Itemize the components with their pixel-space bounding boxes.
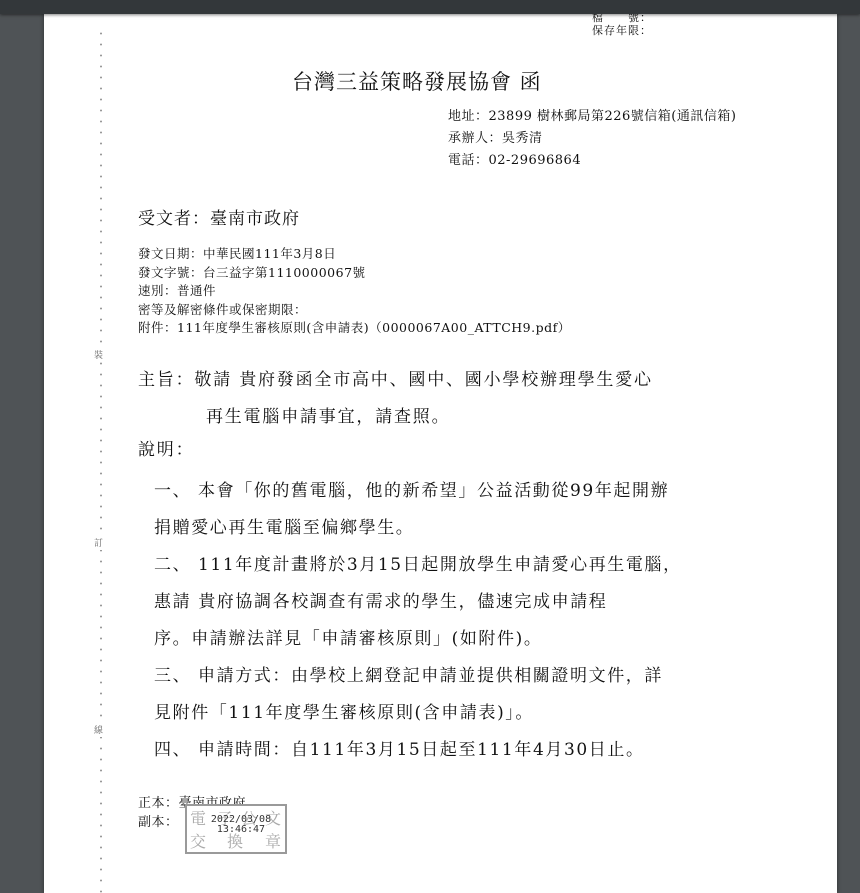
- item-text: 序。申請辦法詳見「申請審核原則」(如附件)。: [154, 621, 682, 658]
- binding-label-ding: 訂: [94, 539, 103, 550]
- explanation-item-4: 四、申請時間：自111年3月15日起至111年4月30日止。: [154, 732, 682, 769]
- document-meta: 發文日期：中華民國111年3月8日 發文字號：台三益字第1110000067號 …: [138, 245, 571, 338]
- electronic-exchange-stamp: 電 子 公 文 交 換 章 2022/03/08 13:46:47: [185, 804, 287, 854]
- document-page: 裝 訂 線 檔 號： 保存年限： 台灣三益策略發展協會 函 地址：23899 樹…: [44, 14, 837, 893]
- subject-line-2: 再生電腦申請事宜，請查照。: [138, 399, 653, 436]
- binding-label-xian: 線: [94, 726, 103, 737]
- retention-period-label: 保存年限：: [592, 24, 652, 37]
- letter-title: 台灣三益策略發展協會 函: [292, 66, 542, 96]
- subject-line-1: 主旨：敬請 貴府發函全市高中、國中、國小學校辦理學生愛心: [138, 362, 653, 399]
- stamp-time: 13:46:47: [201, 824, 281, 835]
- item-text: 申請方式：由學校上網登記申請並提供相關證明文件，詳: [198, 658, 663, 695]
- sender-address: 地址：23899 樹林郵局第226號信箱(通訊信箱): [448, 106, 748, 128]
- explanation-item-3: 三、申請方式：由學校上網登記申請並提供相關證明文件，詳 見附件「111年度學生審…: [154, 658, 682, 732]
- issue-date: 發文日期：中華民國111年3月8日: [138, 245, 571, 264]
- sender-contact: 地址：23899 樹林郵局第226號信箱(通訊信箱) 承辦人：吳秀清 電話：02…: [448, 106, 748, 172]
- item-text: 111年度計畫將於3月15日起開放學生申請愛心再生電腦，: [198, 547, 682, 584]
- item-text: 本會「你的舊電腦，他的新希望」公益活動從99年起開辦: [198, 473, 669, 510]
- item-text: 惠請 貴府協調各校調查有需求的學生，儘速完成申請程: [154, 584, 682, 621]
- item-text: 捐贈愛心再生電腦至偏鄉學生。: [154, 510, 682, 547]
- attachment: 附件：111年度學生審核原則(含申請表)（0000067A00_ATTCH9.p…: [138, 319, 571, 338]
- item-number: 二、: [154, 547, 198, 584]
- secrecy-level: 密等及解密條件或保密期限：: [138, 301, 571, 320]
- binding-label-zhuang: 裝: [94, 351, 103, 362]
- handler: 承辦人：吳秀清: [448, 128, 748, 150]
- phone: 電話：02-29696864: [448, 150, 748, 172]
- item-number: 三、: [154, 658, 198, 695]
- explanation-item-1: 一、本會「你的舊電腦，他的新希望」公益活動從99年起開辦 捐贈愛心再生電腦至偏鄉…: [154, 473, 682, 547]
- explanation-item-2: 二、111年度計畫將於3月15日起開放學生申請愛心再生電腦， 惠請 貴府協調各校…: [154, 547, 682, 658]
- recipient: 受文者：臺南市政府: [138, 204, 300, 229]
- item-number: 四、: [154, 732, 198, 769]
- subject: 主旨：敬請 貴府發函全市高中、國中、國小學校辦理學生愛心 再生電腦申請事宜，請查…: [138, 362, 653, 436]
- reference-number: 發文字號：台三益字第1110000067號: [138, 264, 571, 283]
- binding-line: [100, 28, 102, 893]
- item-text: 申請時間：自111年3月15日起至111年4月30日止。: [198, 732, 645, 769]
- item-text: 見附件「111年度學生審核原則(含申請表)」。: [154, 695, 682, 732]
- archive-info: 檔 號： 保存年限：: [592, 11, 652, 37]
- viewer-toolbar: [0, 0, 860, 14]
- explanation-items: 一、本會「你的舊電腦，他的新希望」公益活動從99年起開辦 捐贈愛心再生電腦至偏鄉…: [154, 473, 682, 769]
- explanation-label: 說明：: [138, 435, 194, 460]
- delivery-speed: 速別：普通件: [138, 282, 571, 301]
- item-number: 一、: [154, 473, 198, 510]
